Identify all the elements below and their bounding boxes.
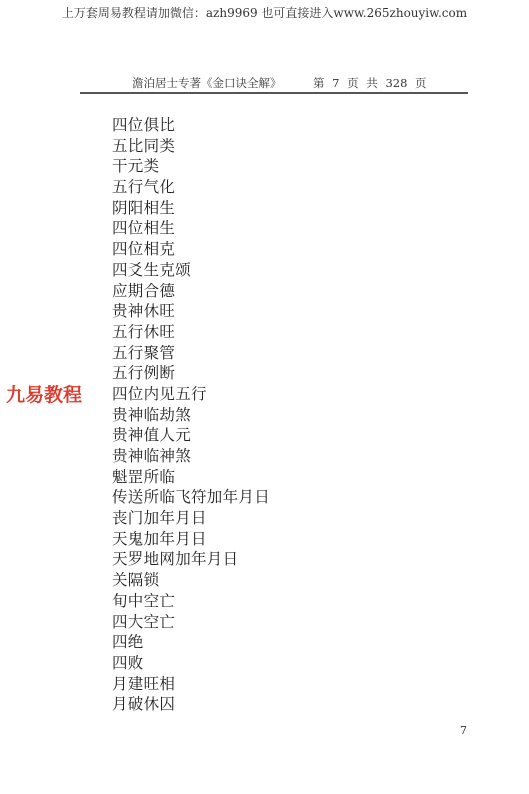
toc-item: 四败 [112,653,270,674]
toc-item: 传送所临飞符加年月日 [112,487,270,508]
toc-item: 干元类 [112,156,270,177]
toc-item: 五行例断 [112,363,270,384]
toc-item: 四位相生 [112,218,270,239]
toc-item: 贵神休旺 [112,301,270,322]
watermark-logo: 九易教程 [6,383,82,407]
toc-item: 五行聚管 [112,343,270,364]
header-divider [80,92,468,94]
book-title: 澹泊居士专著《金口诀全解》 [132,76,282,90]
toc-item: 丧门加年月日 [112,508,270,529]
running-header: 澹泊居士专著《金口诀全解》 第 7 页 共 328 页 [80,76,468,92]
toc-item: 贵神临劫煞 [112,405,270,426]
toc-item: 应期合德 [112,281,270,302]
toc-item: 月建旺相 [112,674,270,695]
page-number: 7 [460,724,467,738]
toc-item: 月破休囚 [112,694,270,715]
toc-item: 旬中空亡 [112,591,270,612]
toc-item: 阴阳相生 [112,198,270,219]
toc-item: 四位相克 [112,239,270,260]
toc-item: 五行休旺 [112,322,270,343]
toc-item: 四位俱比 [112,115,270,136]
toc-item: 天罗地网加年月日 [112,549,270,570]
toc-item: 五比同类 [112,136,270,157]
toc-item: 五行气化 [112,177,270,198]
toc-item: 天鬼加年月日 [112,529,270,550]
toc-item: 四绝 [112,632,270,653]
toc-item: 贵神值人元 [112,425,270,446]
toc-list: 四位俱比 五比同类 干元类 五行气化 阴阳相生 四位相生 四位相克 四爻生克颂 … [112,115,270,715]
toc-item: 关隔锁 [112,570,270,591]
toc-item: 魁罡所临 [112,467,270,488]
toc-item: 贵神临神煞 [112,446,270,467]
promo-banner: 上万套周易教程请加微信：azh9969 也可直接进入www.265zhouyiw… [0,5,529,21]
page-info: 第 7 页 共 328 页 [313,76,427,90]
toc-item: 四爻生克颂 [112,260,270,281]
toc-item: 四大空亡 [112,612,270,633]
promo-banner-text: 上万套周易教程请加微信：azh9969 也可直接进入www.265zhouyiw… [62,6,467,20]
toc-item: 四位内见五行 [112,384,270,405]
